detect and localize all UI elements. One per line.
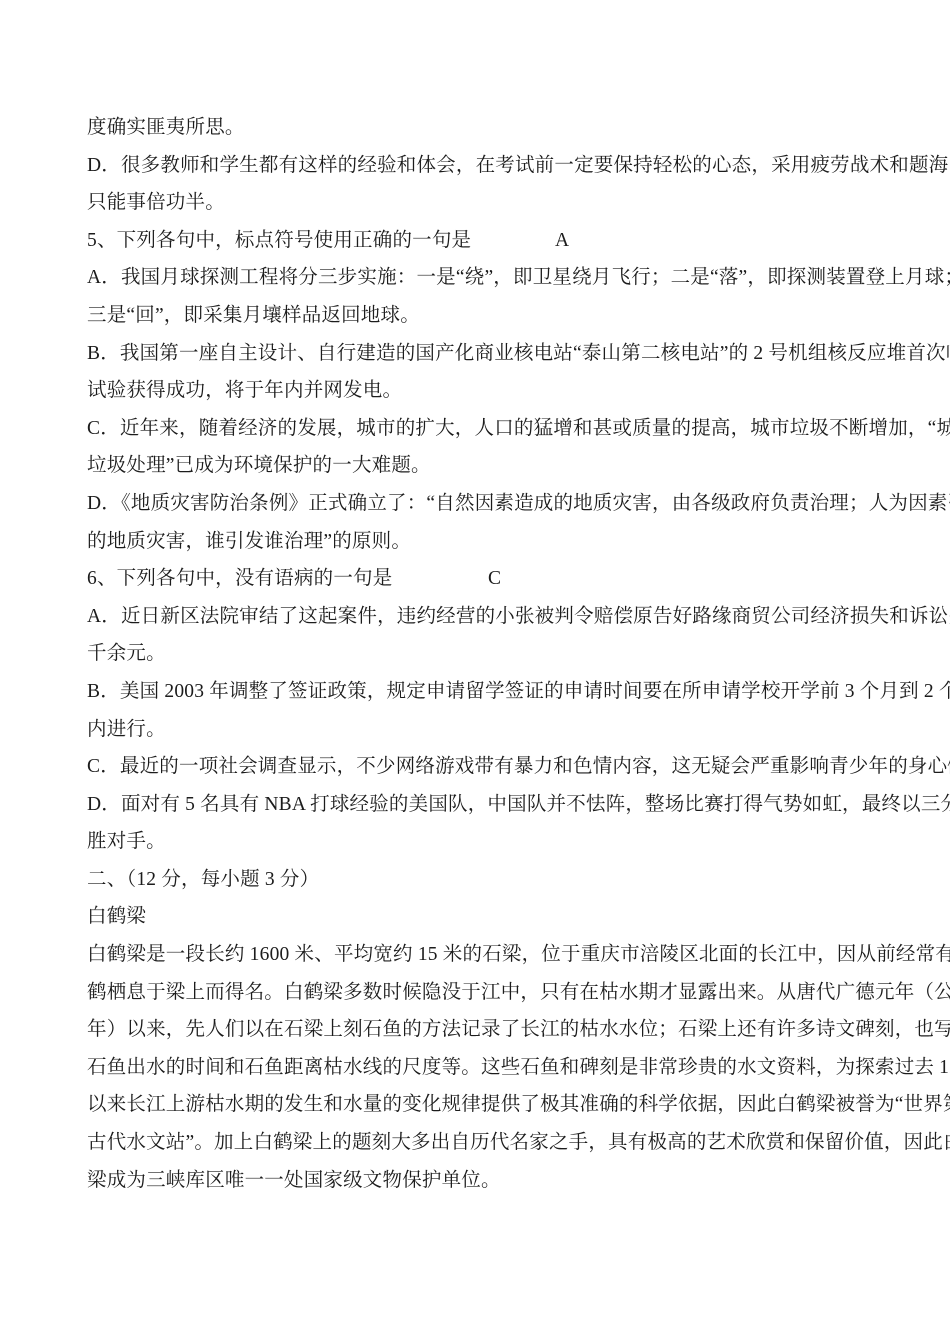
question6-option-b-line2: 内进行。	[87, 711, 870, 749]
question6-option-b-line1: B．美国 2003 年调整了签证政策，规定申请留学签证的申请时间要在所申请学校开…	[87, 673, 870, 711]
question5-option-b-line1: B．我国第一座自主设计、自行建造的国产化商业核电站“泰山第二核电站”的 2 号机…	[87, 335, 870, 373]
passage-line-3: 年）以来，先人们以在石梁上刻石鱼的方法记录了长江的枯水水位；石梁上还有许多诗文碑…	[87, 1011, 870, 1049]
passage-line-6: 古代水文站”。加上白鹤梁上的题刻大多出自历代名家之手，具有极高的艺术欣赏和保留价…	[87, 1124, 870, 1162]
section-two-heading: 二、（12 分，每小题 3 分）	[87, 861, 870, 899]
question5-stem-line: 5、下列各句中，标点符号使用正确的一句是A	[87, 222, 870, 260]
question5-option-a-line2: 三是“回”，即采集月壤样品返回地球。	[87, 297, 870, 335]
passage-line-4: 石鱼出水的时间和石鱼距离枯水线的尺度等。这些石鱼和碑刻是非常珍贵的水文资料，为探…	[87, 1049, 870, 1087]
question4-option-d-line1: D．很多教师和学生都有这样的经验和体会，在考试前一定要保持轻松的心态，采用疲劳战…	[87, 147, 870, 185]
question6-option-d-line2: 胜对手。	[87, 823, 870, 861]
question5-option-d-line2: 的地质灾害，谁引发谁治理”的原则。	[87, 523, 870, 561]
passage-line-1: 白鹤梁是一段长约 1600 米、平均宽约 15 米的石梁，位于重庆市涪陵区北面的…	[87, 936, 870, 974]
question5-option-d-line1: D．《地质灾害防治条例》正式确立了：“自然因素造成的地质灾害，由各级政府负责治理…	[87, 485, 870, 523]
passage-line-2: 鹤栖息于梁上而得名。白鹤梁多数时候隐没于江中，只有在枯水期才显露出来。从唐代广德…	[87, 974, 870, 1012]
passage-title: 白鹤梁	[87, 898, 870, 936]
question5-answer: A	[555, 222, 569, 260]
question5-option-c-line1: C．近年来，随着经济的发展，城市的扩大，人口的猛增和甚或质量的提高，城市垃圾不断…	[87, 410, 870, 448]
question6-stem: 6、下列各句中，没有语病的一句是	[87, 568, 392, 589]
question4-option-d-line2: 只能事倍功半。	[87, 184, 870, 222]
passage-line-5: 以来长江上游枯水期的发生和水量的变化规律提供了极其准确的科学依据，因此白鹤梁被誉…	[87, 1086, 870, 1124]
question5-stem: 5、下列各句中，标点符号使用正确的一句是	[87, 230, 471, 251]
carryover-tail-line: 度确实匪夷所思。	[87, 109, 870, 147]
question5-option-c-line2: 垃圾处理”已成为环境保护的一大难题。	[87, 447, 870, 485]
document-page: 度确实匪夷所思。 D．很多教师和学生都有这样的经验和体会，在考试前一定要保持轻松…	[0, 0, 950, 1344]
question5-option-b-line2: 试验获得成功，将于年内并网发电。	[87, 372, 870, 410]
question6-answer: C	[488, 560, 501, 598]
question6-option-c-line1: C．最近的一项社会调查显示，不少网络游戏带有暴力和色情内容，这无疑会严重影响青少…	[87, 748, 870, 786]
question6-option-a-line2: 千余元。	[87, 635, 870, 673]
passage-line-7: 梁成为三峡库区唯一一处国家级文物保护单位。	[87, 1162, 870, 1200]
question6-stem-line: 6、下列各句中，没有语病的一句是C	[87, 560, 870, 598]
question6-option-d-line1: D．面对有 5 名具有 NBA 打球经验的美国队，中国队并不怯阵，整场比赛打得气…	[87, 786, 870, 824]
question6-option-a-line1: A．近日新区法院审结了这起案件，违约经营的小张被判令赔偿原告好路缘商贸公司经济损…	[87, 598, 870, 636]
question5-option-a-line1: A．我国月球探测工程将分三步实施：一是“绕”，即卫星绕月飞行；二是“落”，即探测…	[87, 259, 870, 297]
